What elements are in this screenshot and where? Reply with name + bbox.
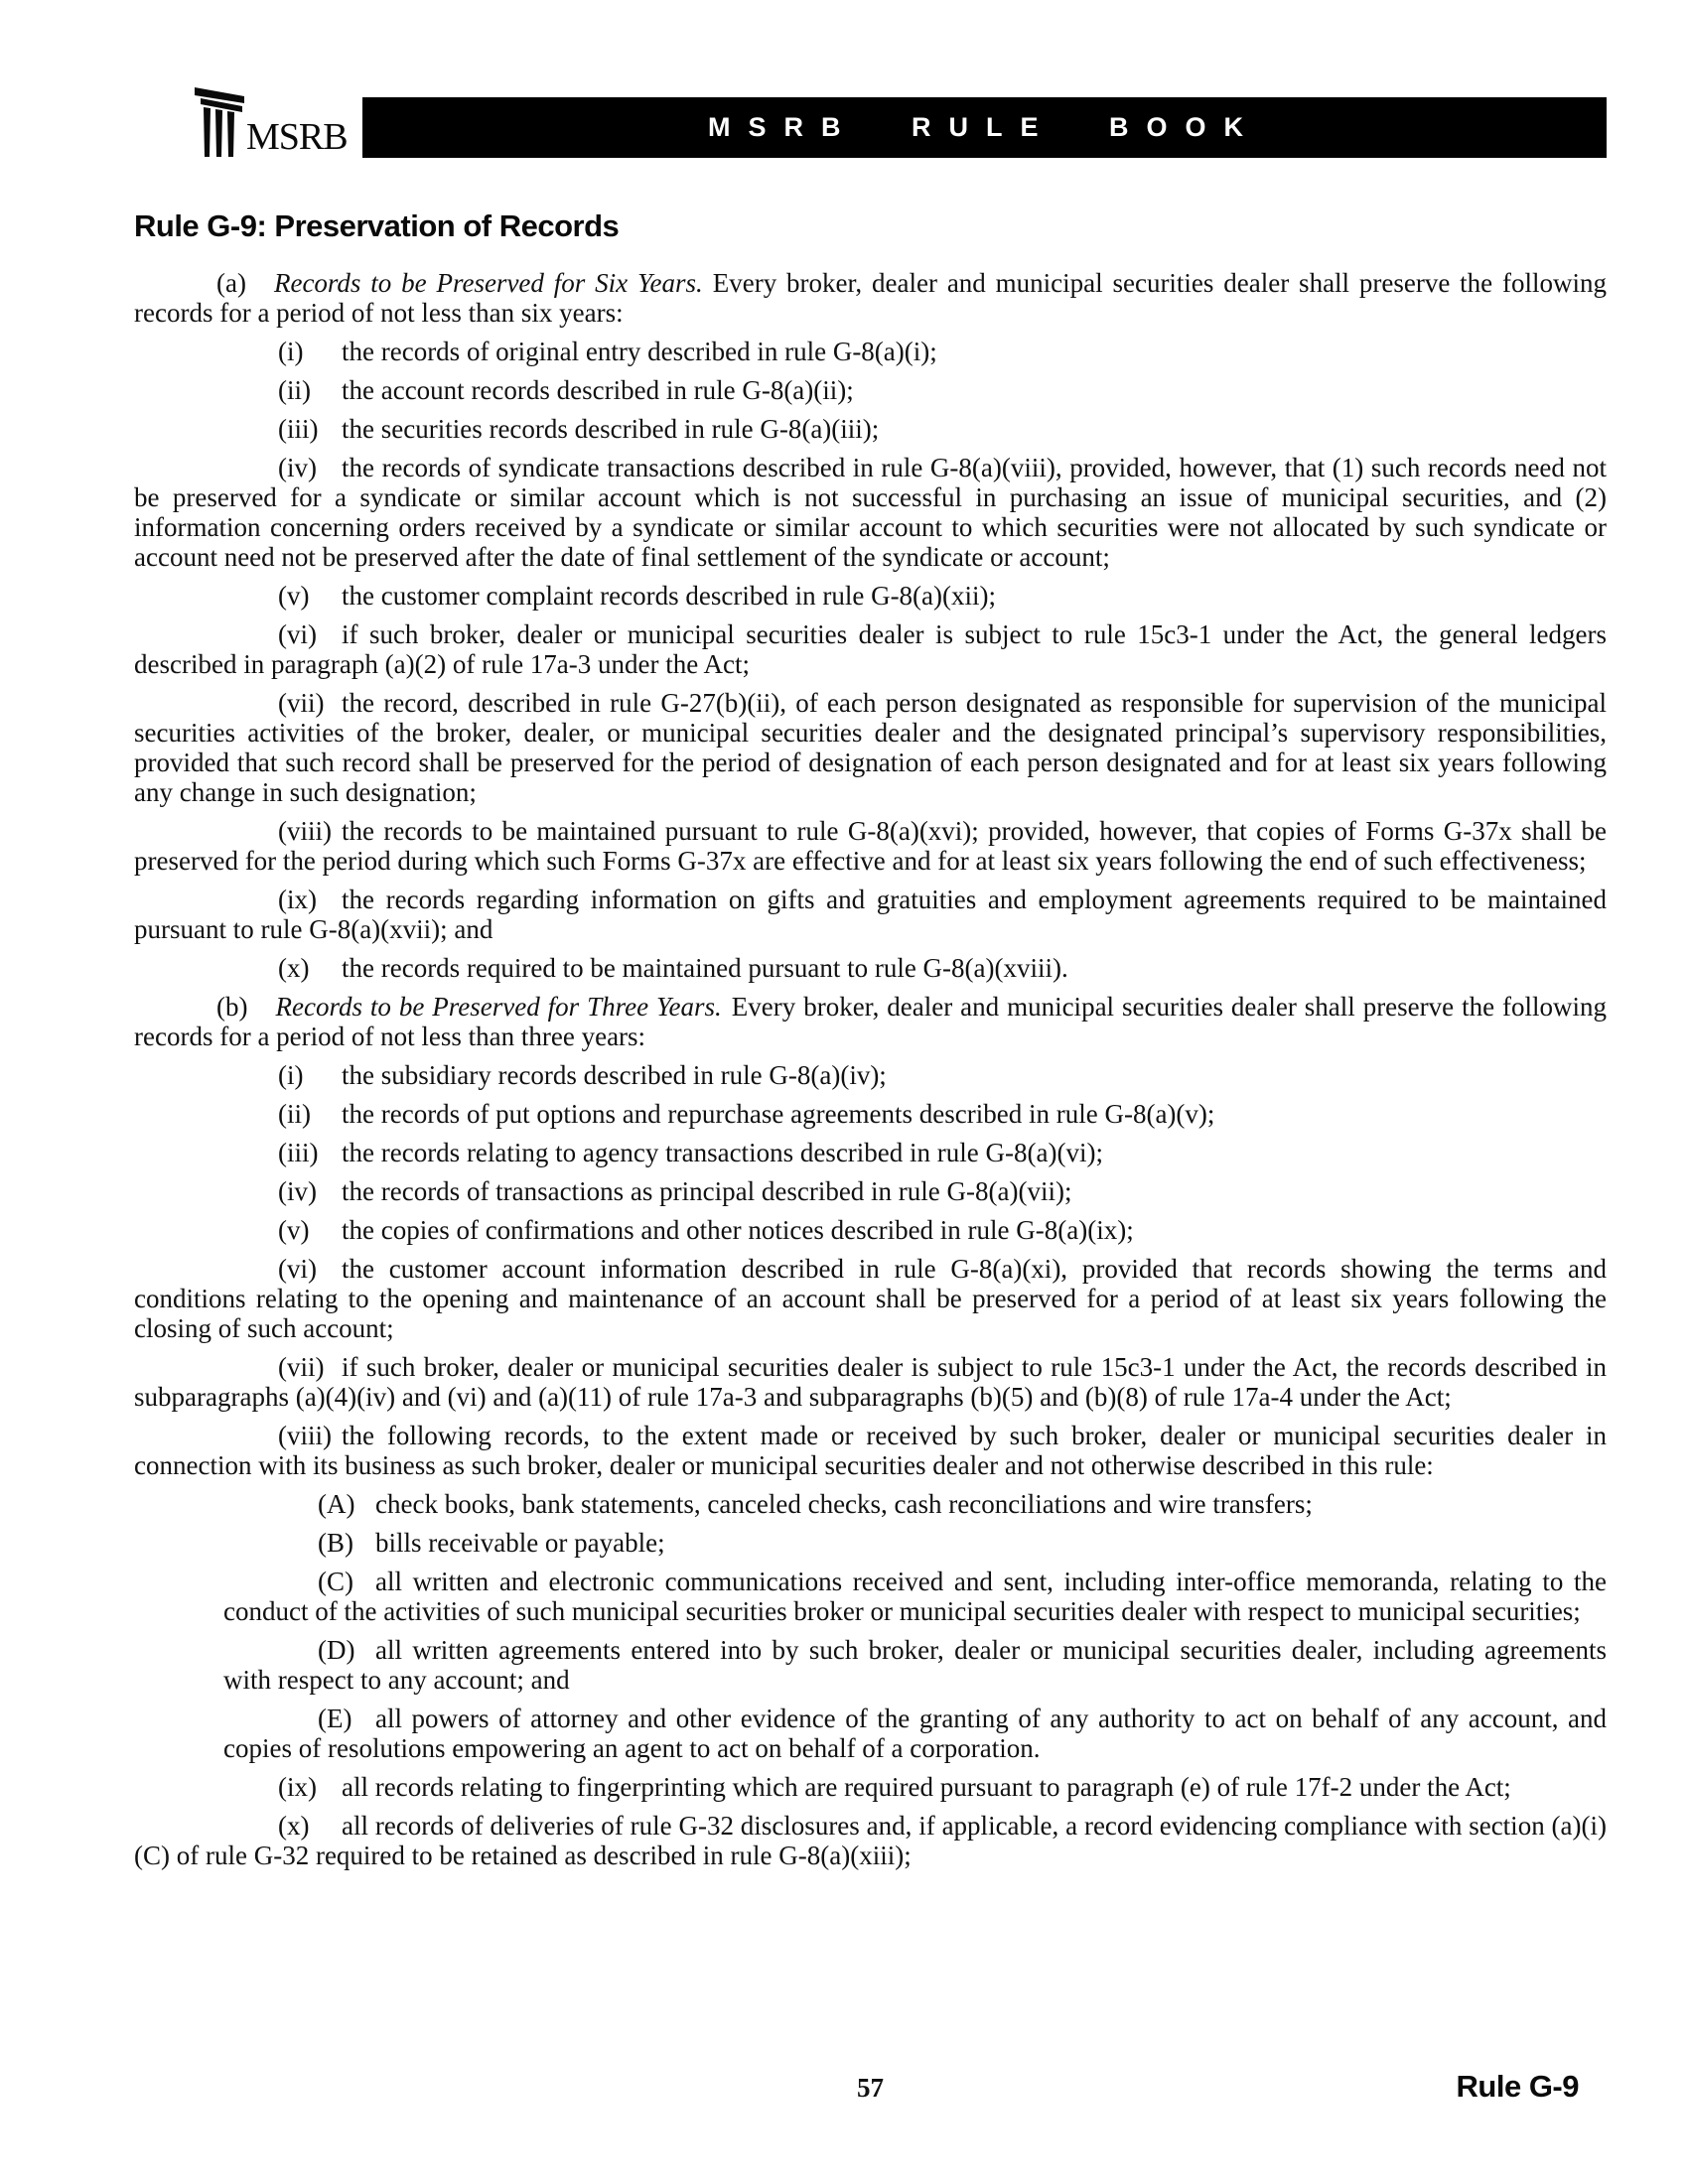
item-label: (vi)	[278, 619, 342, 649]
section-a-intro: (a)Records to be Preserved for Six Years…	[134, 268, 1607, 328]
subitem-text: all powers of attorney and other evidenc…	[223, 1704, 1607, 1763]
rule-body: Rule G-9: Preservation of Records (a)Rec…	[134, 208, 1607, 1879]
item-b-viii: (viii)the following records, to the exte…	[134, 1421, 1607, 1480]
item-b-x: (x)all records of deliveries of rule G-3…	[134, 1811, 1607, 1870]
item-text: the account records described in rule G-…	[342, 375, 854, 405]
item-label: (ix)	[278, 1772, 342, 1802]
item-label: (viii)	[278, 1421, 342, 1450]
subitem-label: (D)	[318, 1635, 375, 1665]
subitem-b-viii-C: (C)all written and electronic communicat…	[223, 1567, 1607, 1626]
item-label: (iii)	[278, 414, 342, 444]
item-text: the records of transactions as principal…	[342, 1176, 1071, 1206]
item-label: (x)	[278, 1811, 342, 1841]
item-label: (vi)	[278, 1254, 342, 1284]
subitem-label: (B)	[318, 1528, 375, 1558]
item-a-ii: (ii)the account records described in rul…	[134, 375, 1607, 405]
item-text: all records of deliveries of rule G-32 d…	[134, 1811, 1607, 1870]
subitem-text: all written agreements entered into by s…	[223, 1635, 1607, 1695]
item-a-x: (x)the records required to be maintained…	[134, 953, 1607, 983]
item-label: (v)	[278, 581, 342, 611]
logo-wordmark: MSRB	[246, 118, 348, 156]
section-b-intro: (b)Records to be Preserved for Three Yea…	[134, 992, 1607, 1051]
item-label: (ii)	[278, 1099, 342, 1129]
item-b-iii: (iii)the records relating to agency tran…	[134, 1138, 1607, 1167]
item-text: the records of put options and repurchas…	[342, 1099, 1214, 1129]
subitem-label: (A)	[318, 1489, 375, 1519]
document-page: MSRB MSRB RULE BOOK Rule G-9: Preservati…	[0, 0, 1688, 2184]
msrb-logo: MSRB	[195, 87, 348, 157]
subitem-label: (C)	[318, 1567, 375, 1596]
subitem-b-viii-B: (B)bills receivable or payable;	[223, 1528, 1607, 1558]
item-label: (viii)	[278, 816, 342, 846]
subitem-text: all written and electronic communication…	[223, 1567, 1607, 1626]
item-b-iv: (iv)the records of transactions as princ…	[134, 1176, 1607, 1206]
item-text: the copies of confirmations and other no…	[342, 1215, 1134, 1245]
item-text: the customer account information describ…	[134, 1254, 1607, 1343]
subitem-b-viii-D: (D)all written agreements entered into b…	[223, 1635, 1607, 1695]
item-text: the record, described in rule G-27(b)(ii…	[134, 688, 1607, 807]
item-text: if such broker, dealer or municipal secu…	[134, 619, 1607, 679]
item-text: the records regarding information on gif…	[134, 885, 1607, 944]
item-label: (x)	[278, 953, 342, 983]
item-label: (v)	[278, 1215, 342, 1245]
rulebook-banner: MSRB RULE BOOK	[362, 97, 1607, 158]
item-b-i: (i)the subsidiary records described in r…	[134, 1060, 1607, 1090]
column-icon	[195, 87, 244, 157]
item-text: the records relating to agency transacti…	[342, 1138, 1103, 1167]
item-a-vii: (vii)the record, described in rule G-27(…	[134, 688, 1607, 807]
item-text: the records required to be maintained pu…	[342, 953, 1068, 983]
item-text: the records to be maintained pursuant to…	[134, 816, 1607, 876]
item-a-v: (v)the customer complaint records descri…	[134, 581, 1607, 611]
subitem-label: (E)	[318, 1704, 375, 1733]
item-a-iii: (iii)the securities records described in…	[134, 414, 1607, 444]
item-text: the customer complaint records described…	[342, 581, 996, 611]
item-text: the subsidiary records described in rule…	[342, 1060, 887, 1090]
item-a-iv: (iv)the records of syndicate transaction…	[134, 453, 1607, 572]
subitem-text: check books, bank statements, canceled c…	[375, 1489, 1313, 1519]
item-a-vi: (vi)if such broker, dealer or municipal …	[134, 619, 1607, 679]
item-text: if such broker, dealer or municipal secu…	[134, 1352, 1607, 1412]
item-label: (vii)	[278, 1352, 342, 1382]
page-number: 57	[134, 2073, 1607, 2104]
rule-reference: Rule G-9	[1457, 2069, 1579, 2105]
item-label: (vii)	[278, 688, 342, 718]
section-b-heading: Records to be Preserved for Three Years.	[275, 992, 721, 1022]
item-b-vii: (vii)if such broker, dealer or municipal…	[134, 1352, 1607, 1412]
subitem-b-viii-A: (A)check books, bank statements, cancele…	[223, 1489, 1607, 1519]
item-label: (iv)	[278, 453, 342, 482]
item-label: (i)	[278, 337, 342, 366]
rulebook-banner-text: MSRB RULE BOOK	[708, 112, 1261, 143]
item-a-i: (i)the records of original entry describ…	[134, 337, 1607, 366]
section-a-heading: Records to be Preserved for Six Years.	[274, 268, 703, 298]
subitem-text: bills receivable or payable;	[375, 1528, 665, 1558]
item-text: all records relating to fingerprinting w…	[342, 1772, 1511, 1802]
item-text: the records of original entry described …	[342, 337, 937, 366]
item-label: (iii)	[278, 1138, 342, 1167]
subitem-b-viii-E: (E)all powers of attorney and other evid…	[223, 1704, 1607, 1763]
section-a-label: (a)	[216, 268, 246, 298]
item-a-viii: (viii)the records to be maintained pursu…	[134, 816, 1607, 876]
item-a-ix: (ix)the records regarding information on…	[134, 885, 1607, 944]
item-b-ix: (ix)all records relating to fingerprinti…	[134, 1772, 1607, 1802]
item-label: (i)	[278, 1060, 342, 1090]
item-b-vi: (vi)the customer account information des…	[134, 1254, 1607, 1343]
item-text: the records of syndicate transactions de…	[134, 453, 1607, 572]
item-b-ii: (ii)the records of put options and repur…	[134, 1099, 1607, 1129]
item-label: (ii)	[278, 375, 342, 405]
section-b-label: (b)	[216, 992, 247, 1022]
item-label: (iv)	[278, 1176, 342, 1206]
item-text: the following records, to the extent mad…	[134, 1421, 1607, 1480]
item-b-v: (v)the copies of confirmations and other…	[134, 1215, 1607, 1245]
item-b-viii-subitems: (A)check books, bank statements, cancele…	[134, 1489, 1607, 1763]
page-title: Rule G-9: Preservation of Records	[134, 208, 1607, 244]
item-text: the securities records described in rule…	[342, 414, 879, 444]
item-label: (ix)	[278, 885, 342, 914]
